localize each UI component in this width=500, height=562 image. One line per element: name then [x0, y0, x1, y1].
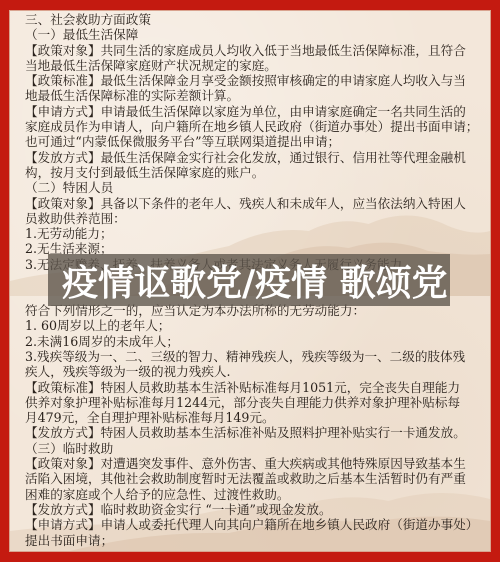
text-line: 地最低生活保障标准的实际差额计算。 — [25, 88, 485, 103]
text-line: 【申请方式】申请人或委托代理人向其向户籍所在地乡镇人民政府（街道办事处） — [25, 517, 485, 532]
text-line: 【政策对象】具备以下条件的老年人、残疾人和未成年人，应当依法纳入特困人 — [25, 196, 485, 211]
text-line: 【政策标准】特困人员救助基本生活补贴标准每月1051元，完全丧失自理能力 — [25, 380, 485, 395]
title-overlay-banner: 疫情讴歌党/疫情 歌颂党 — [48, 254, 450, 306]
text-line: 【发放方式】临时救助资金实行 “一卡通”或现金发放。 — [25, 502, 485, 517]
text-line: 提出书面申请； — [25, 533, 485, 548]
text-line: 家庭成员作为申请人，向户籍所在地乡镇人民政府（街道办事处）提出书面申请； — [25, 119, 485, 134]
text-line: 1. 60周岁以上的老年人； — [25, 318, 485, 333]
text-line: 构，按月支付到最低生活保障家庭的账户。 — [25, 165, 485, 180]
text-line: 【发放方式】最低生活保障金实行社会化发放，通过银行、信用社等代理金融机 — [25, 150, 485, 165]
text-line: 员救助供养范围： — [25, 211, 485, 226]
text-line: 供养对象护理补贴标准每月1244元，部分丧失自理能力供养对象护理补贴标每 — [25, 395, 485, 410]
text-line: 疾人，残疾等级为一级的视力残疾人. — [25, 364, 485, 379]
overlay-title: 疫情讴歌党/疫情 歌颂党 — [48, 255, 448, 306]
text-line: 活陷入困境，其他社会救助制度暂时无法覆盖或救助之后基本生活暂时仍有严重 — [25, 471, 485, 486]
section-title: 三、社会救助方面政策 — [25, 12, 485, 27]
text-line: 3.残疾等级为一、二、三级的智力、精神残疾人，残疾等级为一、二级的肢体残 — [25, 349, 485, 364]
text-line: 也可通过“内蒙低保微服务平台”等互联网渠道提出申请； — [25, 134, 485, 149]
text-line: （一）最低生活保障 — [25, 27, 485, 42]
subsection-title: （二）特困人员 — [25, 180, 485, 195]
text-line: 2.未满16周岁的未成年人； — [25, 334, 485, 349]
text-line: 【政策标准】最低生活保障金月享受金额按照审核确定的申请家庭人均收入与当 — [25, 73, 485, 88]
text-line: 【政策对象】对遭遇突发事件、意外伤害、重大疾病或其他特殊原因导致基本生 — [25, 456, 485, 471]
text-line: 【申请方式】申请最低生活保障以家庭为单位，由申请家庭确定一名共同生活的 — [25, 104, 485, 119]
text-line: 困难的家庭或个人给予的应急性、过渡性救助。 — [25, 487, 485, 502]
text-line: 1.无劳动能力； — [25, 226, 485, 241]
subsection-title: （三）临时救助 — [25, 441, 485, 456]
text-line: 当地最低生活保障家庭财产状况规定的家庭。 — [25, 58, 485, 73]
text-line: 【政策对象】共同生活的家庭成员人均收入低于当地最低生活保障标准，且符合 — [25, 43, 485, 58]
text-line: 【发放方式】特困人员救助基本生活标准补贴及照料护理补贴实行一卡通发放。 — [25, 425, 485, 440]
text-line: 月479元，全自理护理补贴标准每月149元。 — [25, 410, 485, 425]
